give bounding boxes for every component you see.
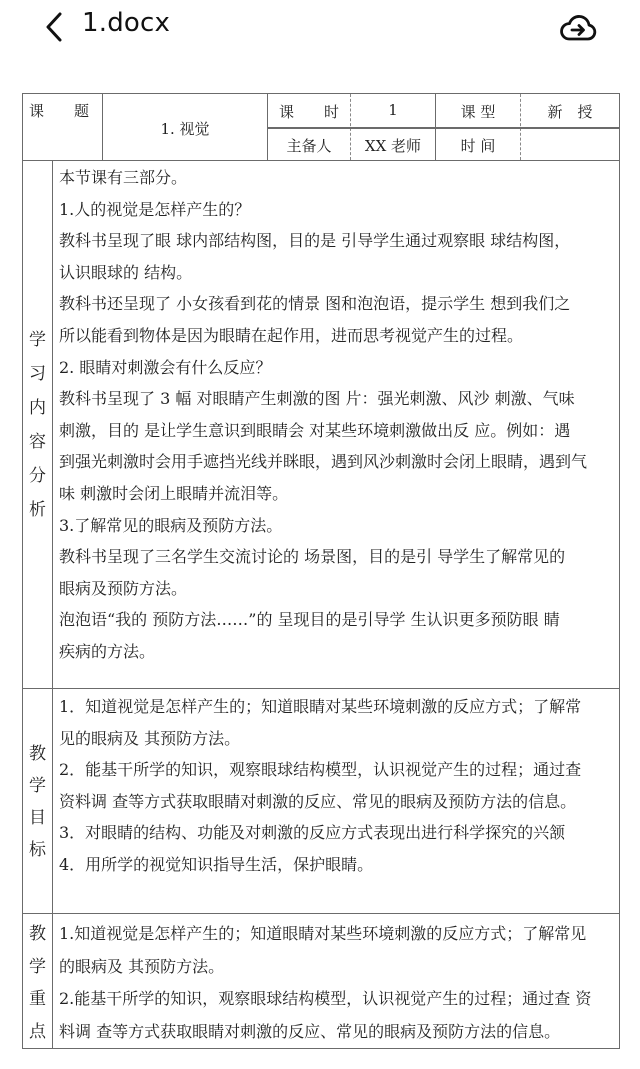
section-label-teaching-goals: 教 学 目 标 — [23, 738, 52, 866]
chevron-left-icon — [38, 10, 72, 44]
top-bar: 1.docx — [0, 0, 640, 60]
section-label-key-points: 教 学 重 点 — [23, 918, 52, 1048]
divider — [23, 688, 619, 689]
topic-value: 1. 视觉 — [103, 118, 267, 139]
key-points-text: 1.知道视觉是怎样产生的；知道眼睛对某些环境刺激的反应方式；了解常见 的眼病及 … — [59, 918, 615, 1048]
topic-label: 课 题 — [29, 100, 97, 121]
lesson-plan-table: 课 题 1. 视觉 课 时 1 课 型 新 授 主备人 XX 老师 时 间 学 … — [22, 93, 620, 1049]
preparer-label: 主备人 — [268, 135, 350, 156]
divider — [23, 913, 619, 914]
period-value: 1 — [351, 101, 435, 119]
divider — [52, 160, 53, 1048]
section-label-content-analysis: 学 习 内 容 分 析 — [23, 323, 52, 527]
back-button[interactable] — [38, 10, 72, 44]
period-label: 课 时 — [268, 101, 350, 122]
divider — [267, 127, 619, 129]
type-label: 课 型 — [436, 101, 520, 122]
cloud-upload-icon — [558, 9, 598, 45]
content-analysis-text: 本节课有三部分。 1.人的视觉是怎样产生的？ 教科书呈现了眼 球内部结构图，目的… — [59, 162, 615, 668]
teaching-goals-text: 1．知道视觉是怎样产生的；知道眼睛对某些环境刺激的反应方式；了解常 见的眼病及 … — [59, 691, 615, 881]
preparer-value: XX 老师 — [351, 135, 435, 156]
time-label: 时 间 — [436, 135, 520, 156]
document-title: 1.docx — [82, 8, 170, 38]
type-value: 新 授 — [521, 101, 619, 122]
cloud-upload-button[interactable] — [558, 9, 598, 45]
